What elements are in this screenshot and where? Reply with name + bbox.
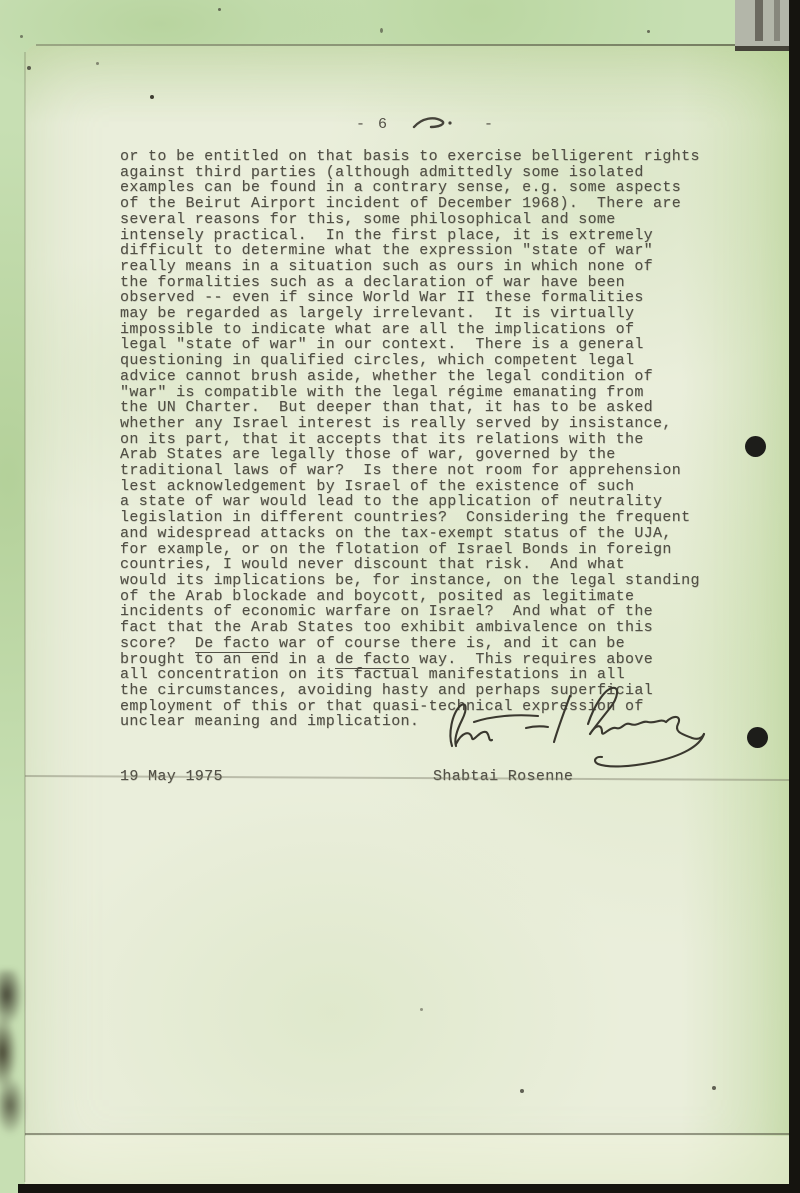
text-line: and widespread attacks on the tax-exempt… [120, 526, 720, 542]
text-line: observed -- even if since World War II t… [120, 290, 720, 306]
text-line: on its part, that it accepts that its re… [120, 432, 720, 448]
scan-edge-right [789, 0, 800, 1193]
scan-streak [774, 0, 780, 41]
text-line: difficult to determine what the expressi… [120, 243, 720, 259]
paper-below-crease [25, 1136, 789, 1184]
text-line: really means in a situation such as ours… [120, 259, 720, 275]
scan-speck [647, 30, 650, 33]
text-line: brought to an end in a de facto way. Thi… [120, 652, 720, 668]
text-line: legislation in different countries? Cons… [120, 510, 720, 526]
scan-speck [96, 62, 99, 65]
text-line: whether any Israel interest is really se… [120, 416, 720, 432]
text-line: examples can be found in a contrary sens… [120, 180, 720, 196]
text-line: fact that the Arab States too exhibit am… [120, 620, 720, 636]
letter-body-text: or to be entitled on that basis to exerc… [120, 149, 720, 730]
scan-speck [520, 1089, 524, 1093]
scan-speck [420, 1008, 423, 1011]
text-line: incidents of economic warfare on Israel?… [120, 604, 720, 620]
text-line: would its implications be, for instance,… [120, 573, 720, 589]
scan-edge-bottom [18, 1184, 789, 1193]
page-number-right: - [484, 116, 495, 133]
text-line: a state of war would lead to the applica… [120, 494, 720, 510]
scan-streak [755, 0, 763, 41]
hole-punch-dot [745, 436, 766, 457]
scan-speck [150, 95, 154, 99]
scan-speck [20, 35, 23, 38]
paper-top-edge [36, 44, 790, 46]
text-line: questioning in qualified circles, which … [120, 353, 720, 369]
text-line: advice cannot brush aside, whether the l… [120, 369, 720, 385]
text-line: or to be entitled on that basis to exerc… [120, 149, 720, 165]
text-line: may be regarded as largely irrelevant. I… [120, 306, 720, 322]
scanned-document-background: - 6 - or to be entitled on that basis to… [0, 0, 800, 1193]
text-line: lest acknowledgement by Israel of the ex… [120, 479, 720, 495]
text-line: all concentration on its factual manifes… [120, 667, 720, 683]
text-line: traditional laws of war? Is there not ro… [120, 463, 720, 479]
scan-smudge-bottom-left [0, 970, 36, 1135]
text-line: impossible to indicate what are all the … [120, 322, 720, 338]
scan-speck [712, 1086, 716, 1090]
text-line: "war" is compatible with the legal régim… [120, 385, 720, 401]
text-line: for example, or on the flotation of Isra… [120, 542, 720, 558]
text-line: several reasons for this, some philosoph… [120, 212, 720, 228]
page-number-left: - 6 [356, 116, 389, 133]
scan-speck [27, 66, 31, 70]
paper-bottom-crease [25, 1133, 789, 1135]
text-line: legal "state of war" in our context. The… [120, 337, 720, 353]
page-number: - 6 - [356, 116, 389, 133]
text-line: Arab States are legally those of war, go… [120, 447, 720, 463]
scan-speck [380, 28, 383, 33]
text-line: of the Beirut Airport incident of Decemb… [120, 196, 720, 212]
hole-punch-dot [747, 727, 768, 748]
scan-artifact-top-right [735, 0, 791, 51]
text-line: score? De facto war of course there is, … [120, 636, 720, 652]
scan-speck [218, 8, 221, 11]
text-line: the UN Charter. But deeper than that, it… [120, 400, 720, 416]
stray-pen-mark [410, 114, 456, 134]
text-line: of the Arab blockade and boycott, posite… [120, 589, 720, 605]
text-line: against third parties (although admitted… [120, 165, 720, 181]
signature-handwritten [430, 682, 715, 782]
text-line: the formalities such as a declaration of… [120, 275, 720, 291]
text-line: countries, I would never discount that r… [120, 557, 720, 573]
text-line: intensely practical. In the first place,… [120, 228, 720, 244]
